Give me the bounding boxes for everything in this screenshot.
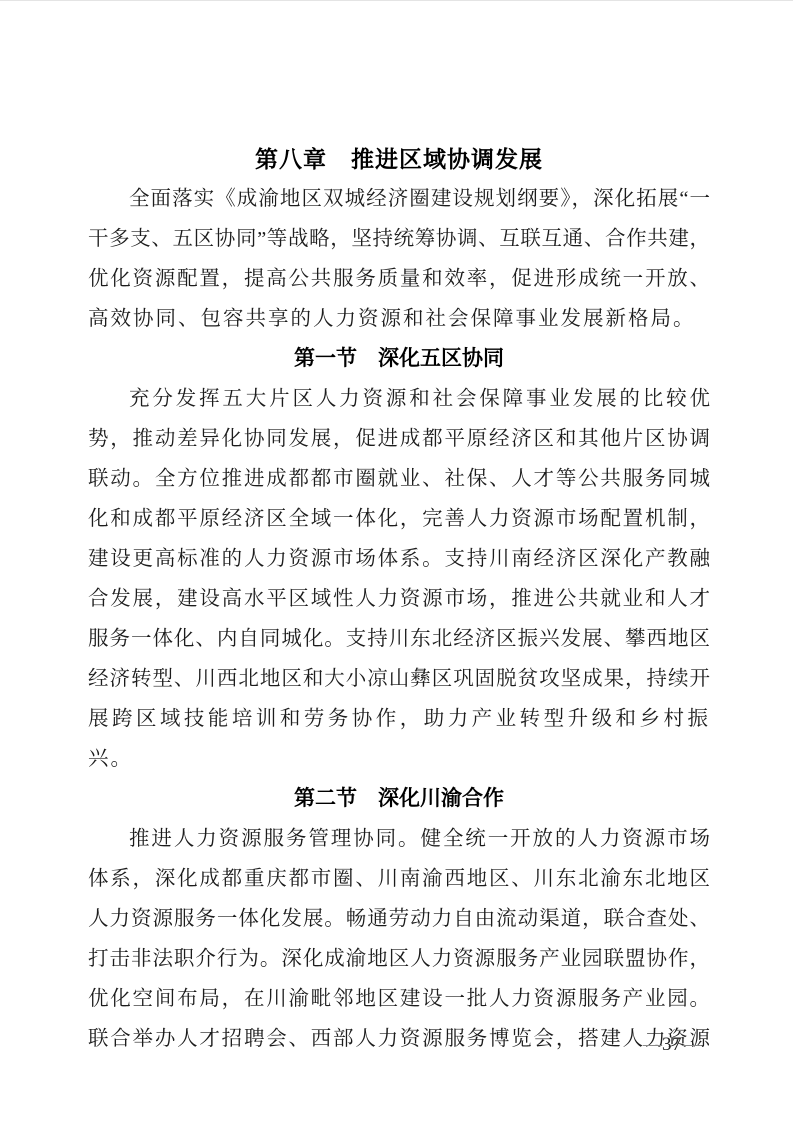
section-1-title: 第一节 深化五区协同 bbox=[88, 339, 710, 379]
text-line: 经济转型、川西北地区和大小凉山彝区巩固脱贫攻坚成果，持续开 bbox=[88, 659, 710, 699]
section-2-title: 第二节 深化川渝合作 bbox=[88, 779, 710, 819]
text-line: 体系，深化成都重庆都市圈、川南渝西地区、川东北渝东北地区 bbox=[88, 859, 710, 899]
text-line: 服务一体化、内自同城化。支持川东北经济区振兴发展、攀西地区 bbox=[88, 619, 710, 659]
page-content: 第八章 推进区域协调发展 全面落实《成渝地区双城经济圈建设规划纲要》，深化拓展“… bbox=[88, 139, 710, 1059]
text-line: 充分发挥五大片区人力资源和社会保障事业发展的比较优 bbox=[88, 379, 710, 419]
text-line: 高效协同、包容共享的人力资源和社会保障事业发展新格局。 bbox=[88, 299, 710, 339]
text-line: 优化空间布局，在川渝毗邻地区建设一批人力资源服务产业园。 bbox=[88, 979, 710, 1019]
page-number-dash-left: — bbox=[643, 1034, 662, 1055]
text-line: 人力资源服务一体化发展。畅通劳动力自由流动渠道，联合查处、 bbox=[88, 899, 710, 939]
text-line: 打击非法职介行为。深化成渝地区人力资源服务产业园联盟协作， bbox=[88, 939, 710, 979]
intro-paragraph: 全面落实《成渝地区双城经济圈建设规划纲要》，深化拓展“一干多支、五区协同”等战略… bbox=[88, 179, 710, 339]
text-line: 化和成都平原经济区全域一体化，完善人力资源市场配置机制， bbox=[88, 499, 710, 539]
text-line: 联合举办人才招聘会、西部人力资源服务博览会，搭建人力资源 bbox=[88, 1019, 710, 1059]
text-line: 联动。全方位推进成都都市圈就业、社保、人才等公共服务同城 bbox=[88, 459, 710, 499]
text-line: 干多支、五区协同”等战略，坚持统筹协调、互联互通、合作共建， bbox=[88, 219, 710, 259]
text-line: 建设更高标准的人力资源市场体系。支持川南经济区深化产教融 bbox=[88, 539, 710, 579]
text-line: 推进人力资源服务管理协同。健全统一开放的人力资源市场 bbox=[88, 819, 710, 859]
page-number-value: 37 bbox=[662, 1034, 682, 1055]
text-line: 全面落实《成渝地区双城经济圈建设规划纲要》，深化拓展“一 bbox=[88, 179, 710, 219]
page-number: —37— bbox=[643, 1032, 701, 1058]
text-line: 合发展，建设高水平区域性人力资源市场，推进公共就业和人才 bbox=[88, 579, 710, 619]
text-line: 展跨区域技能培训和劳务协作，助力产业转型升级和乡村振兴。 bbox=[88, 699, 710, 779]
section-2-paragraph: 推进人力资源服务管理协同。健全统一开放的人力资源市场体系，深化成都重庆都市圈、川… bbox=[88, 819, 710, 1059]
text-line: 势，推动差异化协同发展，促进成都平原经济区和其他片区协调 bbox=[88, 419, 710, 459]
document-body: 全面落实《成渝地区双城经济圈建设规划纲要》，深化拓展“一干多支、五区协同”等战略… bbox=[88, 179, 710, 1059]
chapter-title: 第八章 推进区域协调发展 bbox=[88, 139, 710, 179]
document-page: 第八章 推进区域协调发展 全面落实《成渝地区双城经济圈建设规划纲要》，深化拓展“… bbox=[0, 0, 793, 1122]
text-line: 优化资源配置，提高公共服务质量和效率，促进形成统一开放、 bbox=[88, 259, 710, 299]
section-1-paragraph: 充分发挥五大片区人力资源和社会保障事业发展的比较优势，推动差异化协同发展，促进成… bbox=[88, 379, 710, 779]
page-number-dash-right: — bbox=[682, 1034, 701, 1055]
